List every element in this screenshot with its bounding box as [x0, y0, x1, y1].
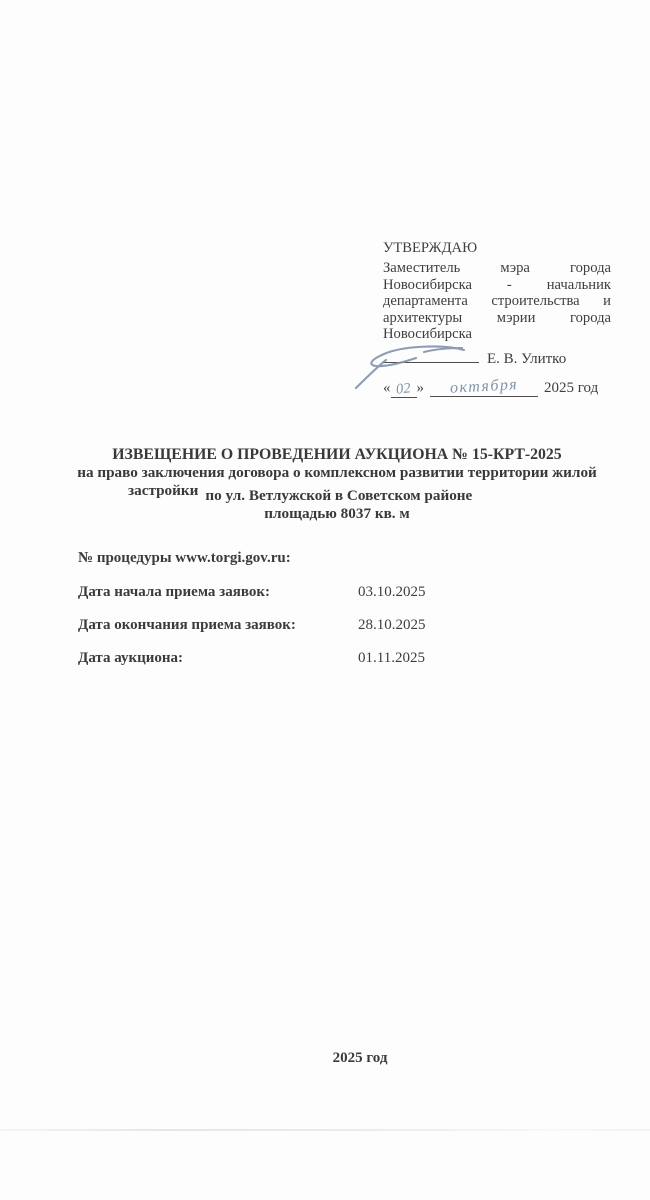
approval-line: Заместитель мэра города	[383, 260, 611, 276]
date-month-underline: октября	[430, 379, 538, 397]
notice-location: по ул. Ветлужской в Советском районе	[205, 487, 472, 504]
field-row-procedure: № процедуры www.torgi.gov.ru:	[0, 550, 650, 570]
close-quote: »	[417, 380, 425, 396]
notice-subtitle-continued: застройкипо ул. Ветлужской в Советском р…	[40, 482, 634, 499]
notice-title-block: ИЗВЕЩЕНИЕ О ПРОВЕДЕНИИ АУКЦИОНА № 15-КРТ…	[40, 446, 634, 522]
signature-row: Е. В. Улитко	[383, 349, 611, 368]
approval-line: архитектуры мэрии города	[383, 310, 611, 326]
approval-header: УТВЕРЖДАЮ	[383, 240, 611, 256]
approval-date-row: «02»октября2025 год	[383, 379, 623, 398]
handwritten-day: 02	[396, 380, 412, 398]
applications-end-value: 28.10.2025	[358, 617, 426, 634]
field-row-start-date: Дата начала приема заявок: 03.10.2025	[0, 584, 650, 604]
applications-end-label: Дата окончания приема заявок:	[78, 617, 296, 634]
signature-underline	[383, 349, 479, 363]
handwritten-month: октября	[449, 376, 518, 398]
field-row-end-date: Дата окончания приема заявок: 28.10.2025	[0, 617, 650, 637]
signer-name: Е. В. Улитко	[487, 351, 566, 367]
open-quote: «	[383, 380, 391, 396]
notice-title: ИЗВЕЩЕНИЕ О ПРОВЕДЕНИИ АУКЦИОНА № 15-КРТ…	[40, 446, 634, 464]
approval-line: департамента строительства и	[383, 293, 611, 309]
auction-date-value: 01.11.2025	[358, 650, 425, 667]
approval-line: Новосибирска	[383, 326, 611, 342]
date-day-underline: 02	[391, 380, 417, 398]
footer-year: 2025 год	[310, 1050, 410, 1067]
date-year: 2025 год	[544, 380, 598, 396]
notice-area: площадью 8037 кв. м	[40, 505, 634, 522]
approval-block: УТВЕРЖДАЮ Заместитель мэра города Новоси…	[383, 240, 611, 342]
procedure-number-label: № процедуры www.torgi.gov.ru:	[78, 550, 291, 567]
page-bottom-edge	[0, 1129, 650, 1131]
notice-subtitle-word: застройки	[128, 482, 198, 499]
document-page: УТВЕРЖДАЮ Заместитель мэра города Новоси…	[0, 0, 650, 1200]
notice-subtitle: на право заключения договора о комплексн…	[40, 464, 634, 482]
applications-start-value: 03.10.2025	[358, 584, 426, 601]
auction-date-label: Дата аукциона:	[78, 650, 183, 667]
field-row-auction-date: Дата аукциона: 01.11.2025	[0, 650, 650, 670]
applications-start-label: Дата начала приема заявок:	[78, 584, 270, 601]
approval-line: Новосибирска - начальник	[383, 277, 611, 293]
